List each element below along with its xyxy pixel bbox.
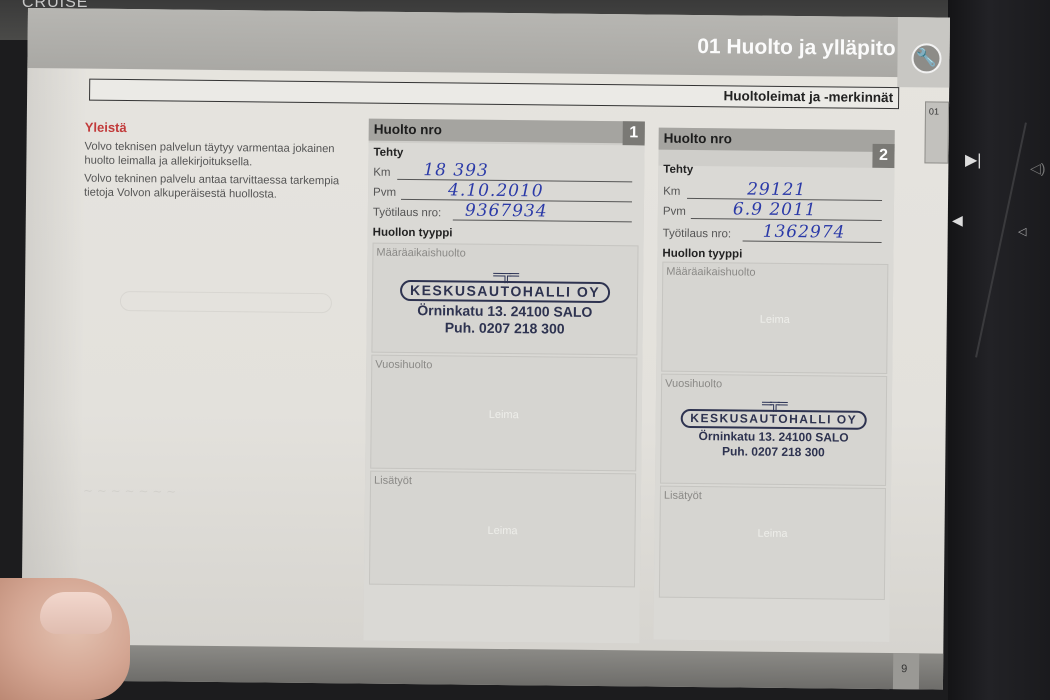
service-number: 2: [872, 144, 894, 168]
service-type-label: Huollon tyyppi: [373, 227, 453, 240]
stamp-placeholder: Leima: [663, 313, 887, 327]
dealer-stamp: ═╦═ KESKUSAUTOHALLI OY Örninkatu 13. 241…: [373, 266, 638, 339]
wrench-icon: 🔧: [911, 43, 941, 73]
volume-up-icon: ◁): [1030, 160, 1045, 177]
card-body: Tehty Km 29121 Pvm 6.9 2011 Työtilaus nr…: [653, 166, 894, 642]
stamp-placeholder: Leima: [370, 524, 634, 539]
stamp-company: KESKUSAUTOHALLI OY: [680, 409, 867, 430]
slot-label: Määräaikaishuolto: [376, 247, 465, 260]
previous-icon: ◀: [952, 212, 963, 229]
stamp-phone: Puh. 0207 218 300: [373, 319, 637, 339]
next-track-icon: ▶|: [965, 150, 981, 170]
intro-paragraph: Volvo teknisen palvelun täytyy varmentaa…: [84, 140, 354, 171]
order-field[interactable]: Työtilaus nro: 9367934: [373, 203, 632, 224]
slot-label: Lisätyöt: [374, 475, 412, 487]
slot-annual-service[interactable]: Vuosihuolto Leima: [370, 355, 637, 472]
stamp-placeholder: Leima: [372, 408, 636, 423]
slot-label: Määräaikaishuolto: [666, 266, 755, 279]
stamp-company: KESKUSAUTOHALLI OY: [400, 280, 610, 303]
slot-additional-work[interactable]: Lisätyöt Leima: [369, 471, 636, 588]
chapter-icon-box: 🔧: [897, 17, 950, 88]
card-header-label: Huolto nro: [374, 122, 442, 138]
slot-additional-work[interactable]: Lisätyöt Leima: [659, 486, 886, 600]
date-value: 4.10.2010: [448, 180, 544, 201]
show-through-text: ~ ~ ~ ~ ~ ~ ~: [83, 484, 176, 499]
order-label: Työtilaus nro:: [373, 207, 442, 220]
order-field[interactable]: Työtilaus nro: 1362974: [663, 224, 882, 244]
chapter-tab[interactable]: 01: [924, 101, 949, 163]
card-header-label: Huolto nro: [664, 131, 732, 147]
card-header: Huolto nro: [659, 128, 895, 152]
km-value: 18 393: [423, 160, 489, 181]
service-booklet-page: 01 Huolto ja ylläpito 🔧 Huoltoleimat ja …: [21, 8, 950, 690]
done-label: Tehty: [373, 147, 403, 159]
service-type-label: Huollon tyyppi: [662, 248, 742, 261]
page-number: 9: [901, 663, 907, 675]
km-label: Km: [373, 167, 390, 179]
service-card-2: Huolto nro 2 Tehty Km 29121 Pvm 6.9 2011…: [653, 128, 894, 642]
section-title: Huoltoleimat ja -merkinnät: [724, 88, 894, 105]
page-footer: 9: [21, 644, 943, 690]
order-value: 9367934: [465, 201, 548, 222]
card-header: Huolto nro: [369, 119, 645, 144]
order-value: 1362974: [763, 222, 846, 243]
slot-label: Vuosihuolto: [375, 359, 432, 372]
intro-paragraph: Volvo tekninen palvelu antaa tarvittaess…: [84, 172, 354, 203]
slot-annual-service[interactable]: Vuosihuolto ═╦═ KESKUSAUTOHALLI OY Örnin…: [660, 374, 887, 486]
intro-heading: Yleistä: [85, 120, 127, 135]
km-label: Km: [663, 186, 680, 198]
steering-wheel-panel: [948, 0, 1050, 700]
date-field[interactable]: Pvm 6.9 2011: [663, 202, 882, 222]
slot-periodic-service[interactable]: Määräaikaishuolto Leima: [661, 262, 888, 374]
order-label: Työtilaus nro:: [663, 228, 732, 241]
date-value: 6.9 2011: [733, 199, 817, 220]
date-label: Pvm: [373, 187, 396, 199]
thumbnail-nail: [40, 592, 112, 634]
chapter-title: 01 Huolto ja ylläpito: [697, 35, 896, 61]
done-label: Tehty: [663, 164, 693, 176]
stamp-placeholder: Leima: [660, 527, 884, 541]
km-value: 29121: [747, 180, 806, 201]
service-card-1: Huolto nro 1 Tehty Km 18 393 Pvm 4.10.20…: [363, 119, 644, 644]
card-body: Tehty Km 18 393 Pvm 4.10.2010 Työtilaus …: [363, 143, 644, 644]
volume-down-icon: ◁: [1018, 225, 1026, 238]
stamp-phone: Puh. 0207 218 300: [661, 444, 885, 461]
date-label: Pvm: [663, 206, 686, 218]
chapter-header: 01 Huolto ja ylläpito: [27, 8, 950, 78]
show-through-stamp: [120, 291, 332, 313]
slot-label: Vuosihuolto: [665, 378, 722, 391]
service-number: 1: [623, 121, 645, 145]
dealer-stamp: ═╦═ KESKUSAUTOHALLI OY Örninkatu 13. 241…: [661, 395, 886, 461]
chapter-tab-number: 01: [929, 106, 939, 116]
slot-periodic-service[interactable]: Määräaikaishuolto ═╦═ KESKUSAUTOHALLI OY…: [371, 243, 638, 356]
page-number-box: 9: [893, 653, 919, 689]
slot-label: Lisätyöt: [664, 490, 702, 502]
section-bar: Huoltoleimat ja -merkinnät: [89, 79, 899, 109]
